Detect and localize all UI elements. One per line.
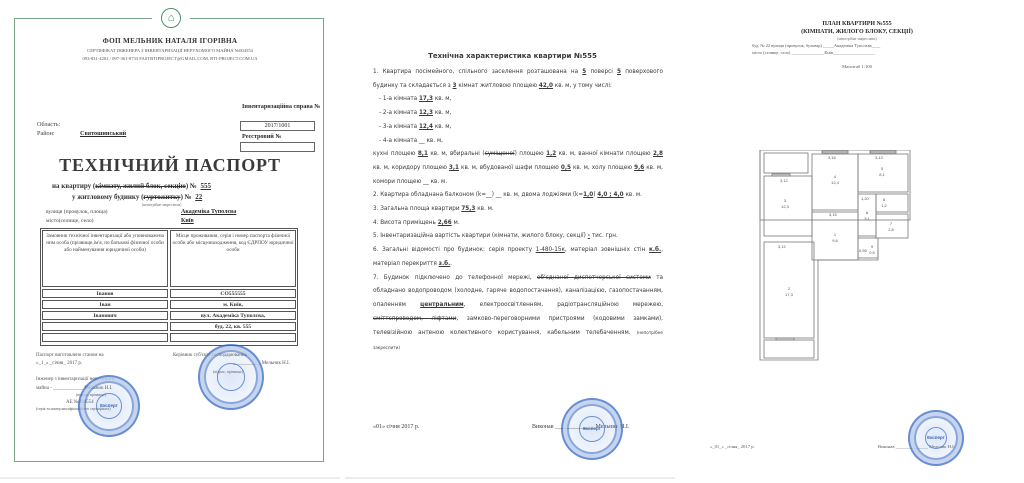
inventory-case-label: Інвентаризаційна справа № [242,103,322,111]
district-value: Святошинський [80,130,126,137]
customer-table: Замовник технічної інвентаризації або уп… [40,228,298,346]
svg-text:3,15: 3,15 [829,212,838,217]
item-6: 6. Загальні відомості про будинок: серія… [373,244,663,271]
organization-name: ФОП МЕЛЬНИК НАТАЛЯ ІГОРІВНА [0,37,340,45]
item-1: 1. Квартира посімейного, спільного засел… [373,66,663,93]
svg-text:1,2: 1,2 [881,203,887,208]
region-label: Область: [37,121,60,128]
item-5: 5. Інвентаризаційна вартість квартири (к… [373,230,663,244]
svg-text:17,3: 17,3 [785,292,794,297]
room-line: - 1-а кімната 17,3 кв. м, [373,93,663,107]
svg-text:3,1: 3,1 [864,216,870,221]
apartment-number: 555 [200,182,211,190]
characteristics-title: Технічна характеристика квартири №555 [345,52,680,60]
seal-stamp: Експерт [908,410,964,466]
svg-text:12,3: 12,3 [781,204,790,209]
table-row [42,333,296,343]
document-title: ТЕХНІЧНИЙ ПАСПОРТ [0,155,340,176]
header-residence: Місце проживання, серія і номер паспорта… [170,230,296,287]
svg-text:9: 9 [871,244,874,249]
characteristics-page: Технічна характеристика квартири №555 1.… [345,0,680,483]
svg-text:3,16: 3,16 [828,155,837,160]
svg-text:2: 2 [788,286,791,291]
svg-text:12,4: 12,4 [831,180,840,185]
inventory-case-value: 2017/1001 [240,121,315,131]
seal-stamp: Експерт [78,375,140,437]
svg-text:3,13: 3,13 [875,155,884,160]
city-value: Київ [181,218,194,224]
registry-value [240,142,315,152]
item-4: 4. Висота приміщень 2,66 м. [373,217,663,231]
table-header: Замовник технічної інвентаризації або уп… [42,230,296,287]
svg-text:0,5: 0,5 [869,250,875,255]
seal-stamp [198,344,264,410]
street-label: вулиця (провулок, площа) [46,209,108,215]
street-value: Академіка Туполєва [181,209,236,215]
svg-text:5: 5 [881,166,884,171]
item-7: 7. Будинок підключено до телефонної мере… [373,272,663,356]
characteristics-date: «01» січня 2017 р. [373,424,419,430]
svg-text:1,20: 1,20 [861,196,870,201]
svg-text:3,12: 3,12 [778,244,787,249]
svg-text:1: 1 [834,232,837,237]
item-3: 3. Загальна площа квартири 75,3 кв. м. [373,203,663,217]
svg-text:8,1: 8,1 [879,172,885,177]
made-as-of: Паспорт виготовлено станом на «_1_» _січ… [36,352,104,368]
table-row: Іванович вул. Академіка Туполєва, [42,311,296,321]
building-subtitle: у житловому будинку (гуртожитку) № 22 [72,193,202,201]
svg-text:9,6: 9,6 [832,238,838,243]
svg-text:3: 3 [784,198,787,203]
table-row: Іванов СО555555 [42,289,296,299]
svg-text:4: 4 [834,174,837,179]
page-divider [345,477,675,479]
page-divider [0,477,340,479]
room-line: - 4-а кімната __ кв. м, [373,135,663,149]
table-row: Іван м. Київ, [42,300,296,310]
contacts-line: 093-831-4202 / 097-361-8733 FASTBTIPROJE… [0,56,340,61]
apartment-subtitle: на квартиру (кімнату, жилий блок, секцію… [52,182,211,190]
svg-text:2,8: 2,8 [888,227,894,232]
characteristics-body: 1. Квартира посімейного, спільного засел… [373,66,663,356]
district-label: Район: [37,130,55,137]
floor-plan-drawing: 3,16 3,13 3,12 3,15 3,12 1,20 0,55 3 12,… [750,150,920,370]
svg-text:8: 8 [866,210,869,215]
header-customer: Замовник технічної інвентаризації або уп… [42,230,168,287]
plan-title: ПЛАН КВАРТИРИ №555 [690,21,1024,27]
plan-date: «_01_» _січня_ 2017 р. [710,444,755,449]
plan-address: буд. № 22 вулиця (провулок, бульвар) ___… [752,42,880,56]
item-2: 2. Квартира обладнана балконом (k=__) __… [373,189,663,203]
house-logo-icon: ⌂ [161,8,181,28]
certificate-line: СЕРТИФІКАТ ІНЖЕНЕРА З ІНВЕНТАРИЗАЦІЇ НЕР… [0,48,340,53]
seal-stamp: Експерт [561,398,623,460]
unneeded-note: (непотрібне закреслити) [690,37,1024,41]
floor-plan-page: ПЛАН КВАРТИРИ №555 (КІМНАТИ, ЖИЛОГО БЛОК… [690,0,1024,483]
table-row: буд. 22, кв. 555 [42,322,296,332]
svg-text:0,55: 0,55 [859,248,868,253]
plan-scale: Масштаб 1:100 [690,64,1024,69]
unneeded-note: (непотрібне закреслити) [142,203,181,207]
auxiliary-areas: кухні площею 8,1 кв. м, вбиральні (суміщ… [373,148,663,189]
svg-text:7: 7 [890,221,893,226]
registry-label: Реєстровий № [242,133,282,140]
room-line: - 3-а кімната 12,4 кв. м, [373,121,663,135]
plan-subtitle: (КІМНАТИ, ЖИЛОГО БЛОКУ, СЕКЦІЇ) [690,29,1024,35]
passport-cover-page: ⌂ ФОП МЕЛЬНИК НАТАЛЯ ІГОРІВНА СЕРТИФІКАТ… [0,0,340,483]
room-line: - 2-а кімната 12,3 кв. м, [373,107,663,121]
building-number: 22 [195,193,202,201]
svg-text:3,12: 3,12 [780,178,789,183]
svg-text:6: 6 [883,197,886,202]
city-label: місто(селище, село) [46,218,94,224]
